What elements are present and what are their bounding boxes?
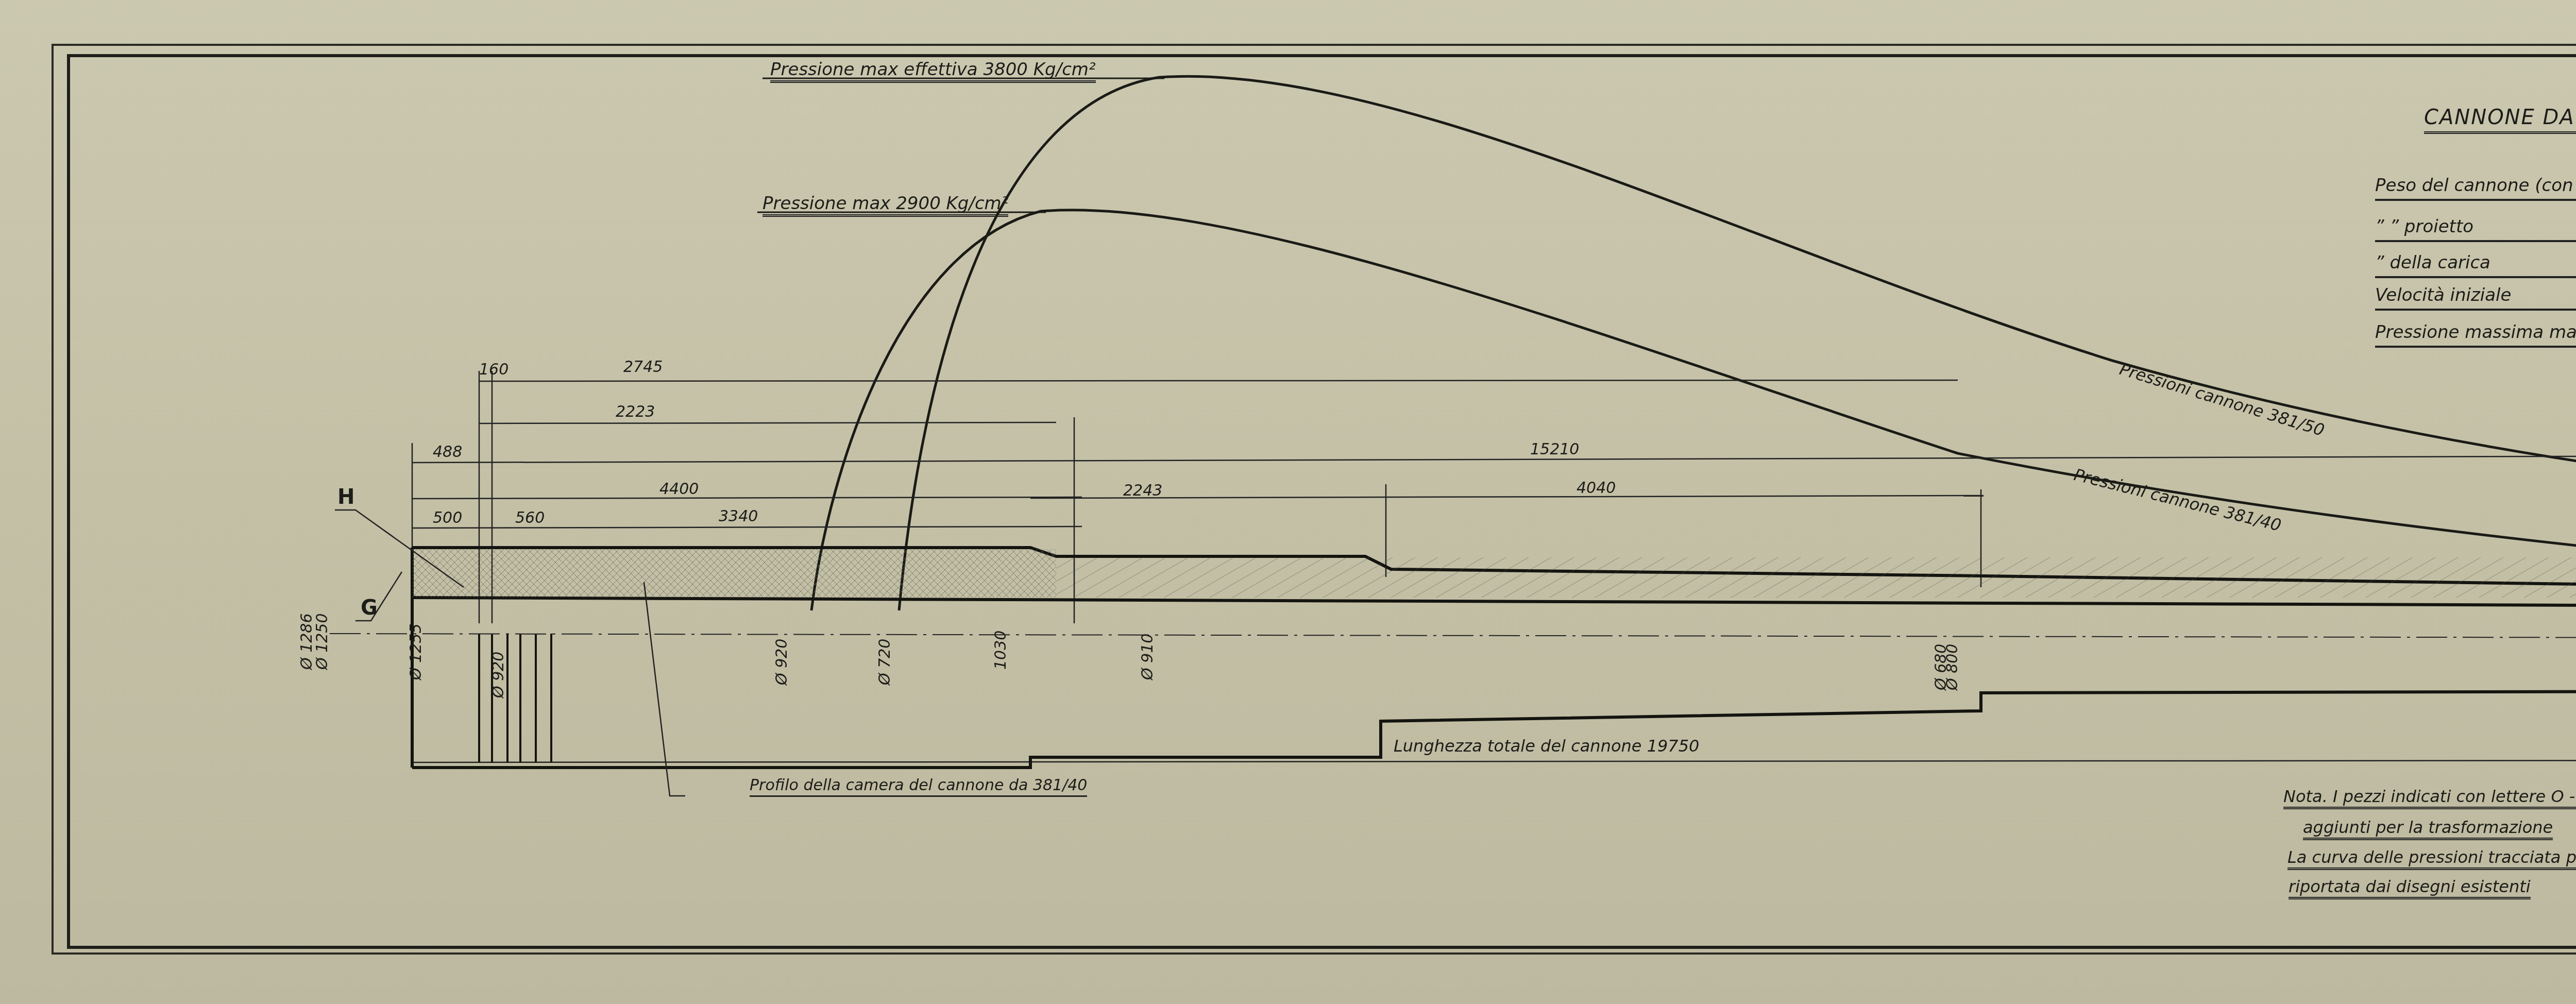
dim-4040: 4040 xyxy=(1577,479,1616,497)
spec-label: Peso del cannone (con l'otturatore) xyxy=(2375,175,2576,196)
pressure-curve-381-50 xyxy=(899,76,2576,610)
dim-160: 160 xyxy=(479,361,509,379)
dim-4400: 4400 xyxy=(659,480,699,498)
spec-row: ” ” proietto ” 885 xyxy=(2375,216,2576,242)
spec-label: ” ” proietto xyxy=(2375,216,2473,237)
note-line-2: aggiunti per la trasformazione xyxy=(2303,819,2553,840)
total-length-label: Lunghezza totale del cannone 19750 xyxy=(1394,738,1699,754)
dim-488: 488 xyxy=(433,443,462,461)
dim-2223: 2223 xyxy=(616,403,655,421)
dim-500: 500 xyxy=(433,509,462,527)
dim-560: 560 xyxy=(515,509,545,527)
dia-920-b: Ø 920 xyxy=(773,639,791,685)
dia-1030: 1030 xyxy=(992,631,1010,670)
spec-label: Velocità iniziale xyxy=(2375,285,2511,305)
table-381-40-title: CANNONE DA 381/40 xyxy=(2424,106,2576,134)
dia-910: Ø 910 xyxy=(1139,634,1157,680)
spec-row: Pressione massima manometrica Kg/cm² 290… xyxy=(2375,322,2576,348)
max-pressure-label: Pressione max 2900 Kg/cm² xyxy=(762,195,1008,217)
dia-1255: Ø 1255 xyxy=(407,624,425,680)
chamber-profile-label: Profilo della camera del cannone da 381/… xyxy=(750,778,1087,797)
spec-row: ” della carica ” 150 xyxy=(2375,252,2576,278)
spec-label: Pressione massima manometrica xyxy=(2375,322,2576,343)
spec-label: ” della carica xyxy=(2375,252,2490,273)
dim-2243: 2243 xyxy=(1123,482,1162,500)
dia-1250: Ø 1250 xyxy=(313,614,331,670)
part-label-g: G xyxy=(361,598,378,618)
dia-720: Ø 720 xyxy=(876,639,894,685)
note-line-1: Nota. I pezzi indicati con lettere O - G… xyxy=(2283,788,2576,809)
spec-row: Velocità iniziale m/sec. 700 xyxy=(2375,285,2576,311)
max-effective-pressure-label: Pressione max effettiva 3800 Kg/cm² xyxy=(770,61,1096,83)
spec-row: Peso del cannone (con l'otturatore) Kg 6… xyxy=(2375,175,2576,201)
dim-15210: 15210 xyxy=(1530,440,1579,458)
dim-2745: 2745 xyxy=(623,358,663,376)
note-line-3: La curva delle pressioni tracciata per i… xyxy=(2287,849,2576,870)
note-line-4: riportata dai disegni esistenti xyxy=(2289,878,2531,899)
dim-3340: 3340 xyxy=(719,507,758,525)
dia-920: Ø 920 xyxy=(489,652,507,698)
dia-800: Ø 800 xyxy=(1943,644,1961,690)
part-label-h: H xyxy=(337,487,354,507)
